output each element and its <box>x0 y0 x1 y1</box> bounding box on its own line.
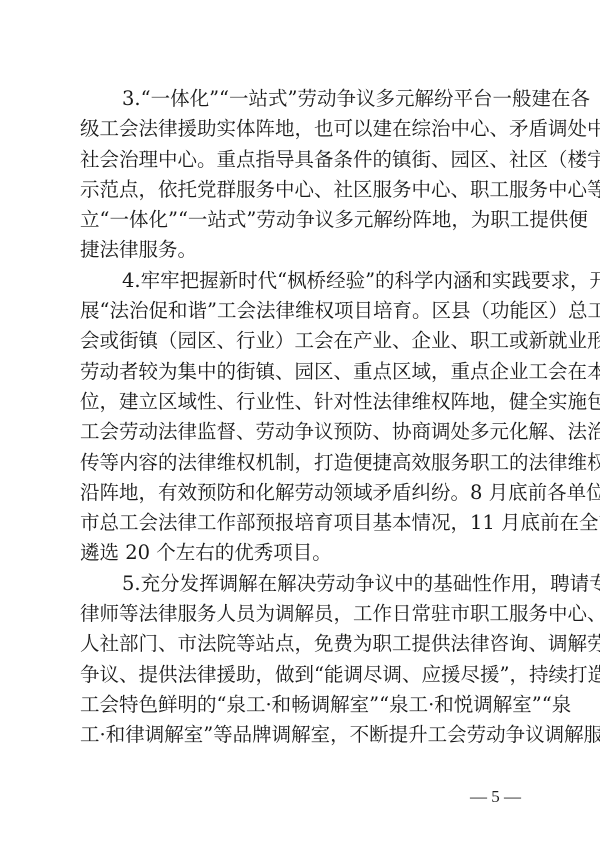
text-line: 位，建立区域性、行业性、针对性法律维权阵地，健全实施包含 <box>80 387 522 417</box>
text-line: 4.牢牢把握新时代“枫桥经验”的科学内涵和实践要求，开 <box>80 266 522 296</box>
paragraph-5: 5.充分发挥调解在解决劳动争议中的基础性作用，聘请专业 律师等法律服务人员为调解… <box>80 569 522 751</box>
text-line: 劳动者较为集中的街镇、园区、重点区域，重点企业工会在本单 <box>80 357 522 387</box>
text-line: 级工会法律援助实体阵地，也可以建在综治中心、矛盾调处中心、 <box>80 114 522 144</box>
text-line: 立“一体化”“一站式”劳动争议多元解纷阵地，为职工提供便 <box>80 205 522 235</box>
text-line: 工会特色鲜明的“泉工·和畅调解室”“泉工·和悦调解室”“泉 <box>80 690 522 720</box>
document-body: 3.“一体化”“一站式”劳动争议多元解纷平台一般建在各 级工会法律援助实体阵地，… <box>80 84 522 751</box>
text-line: 争议、提供法律援助，做到“能调尽调、应援尽援”，持续打造 <box>80 660 522 690</box>
paragraph-4: 4.牢牢把握新时代“枫桥经验”的科学内涵和实践要求，开 展“法治促和谐”工会法律… <box>80 266 522 569</box>
text-line: 示范点，依托党群服务中心、社区服务中心、职工服务中心等建 <box>80 175 522 205</box>
text-line: 律师等法律服务人员为调解员，工作日常驻市职工服务中心、市 <box>80 599 522 629</box>
text-line: 展“法治促和谐”工会法律维权项目培育。区县（功能区）总工 <box>80 296 522 326</box>
text-line: 工会劳动法律监督、劳动争议预防、协商调处多元化解、法治宣 <box>80 417 522 447</box>
text-line: 捷法律服务。 <box>80 235 522 265</box>
page-number: — 5 — <box>470 787 521 807</box>
text-line: 5.充分发挥调解在解决劳动争议中的基础性作用，聘请专业 <box>80 569 522 599</box>
document-page: 3.“一体化”“一站式”劳动争议多元解纷平台一般建在各 级工会法律援助实体阵地，… <box>0 0 600 848</box>
text-line: 社会治理中心。重点指导具备条件的镇街、园区、社区（楼宇） <box>80 145 522 175</box>
paragraph-3: 3.“一体化”“一站式”劳动争议多元解纷平台一般建在各 级工会法律援助实体阵地，… <box>80 84 522 266</box>
text-line: 3.“一体化”“一站式”劳动争议多元解纷平台一般建在各 <box>80 84 522 114</box>
text-line: 人社部门、市法院等站点，免费为职工提供法律咨询、调解劳动 <box>80 629 522 659</box>
text-line: 传等内容的法律维权机制，打造便捷高效服务职工的法律维权前 <box>80 448 522 478</box>
text-line: 市总工会法律工作部预报培育项目基本情况，11 月底前在全市 <box>80 508 522 538</box>
text-line: 会或街镇（园区、行业）工会在产业、企业、职工或新就业形态 <box>80 326 522 356</box>
text-line: 工·和律调解室”等品牌调解室，不断提升工会劳动争议调解服 <box>80 720 522 750</box>
text-line: 遴选 20 个左右的优秀项目。 <box>80 538 522 568</box>
text-line: 沿阵地，有效预防和化解劳动领域矛盾纠纷。8 月底前各单位向 <box>80 478 522 508</box>
